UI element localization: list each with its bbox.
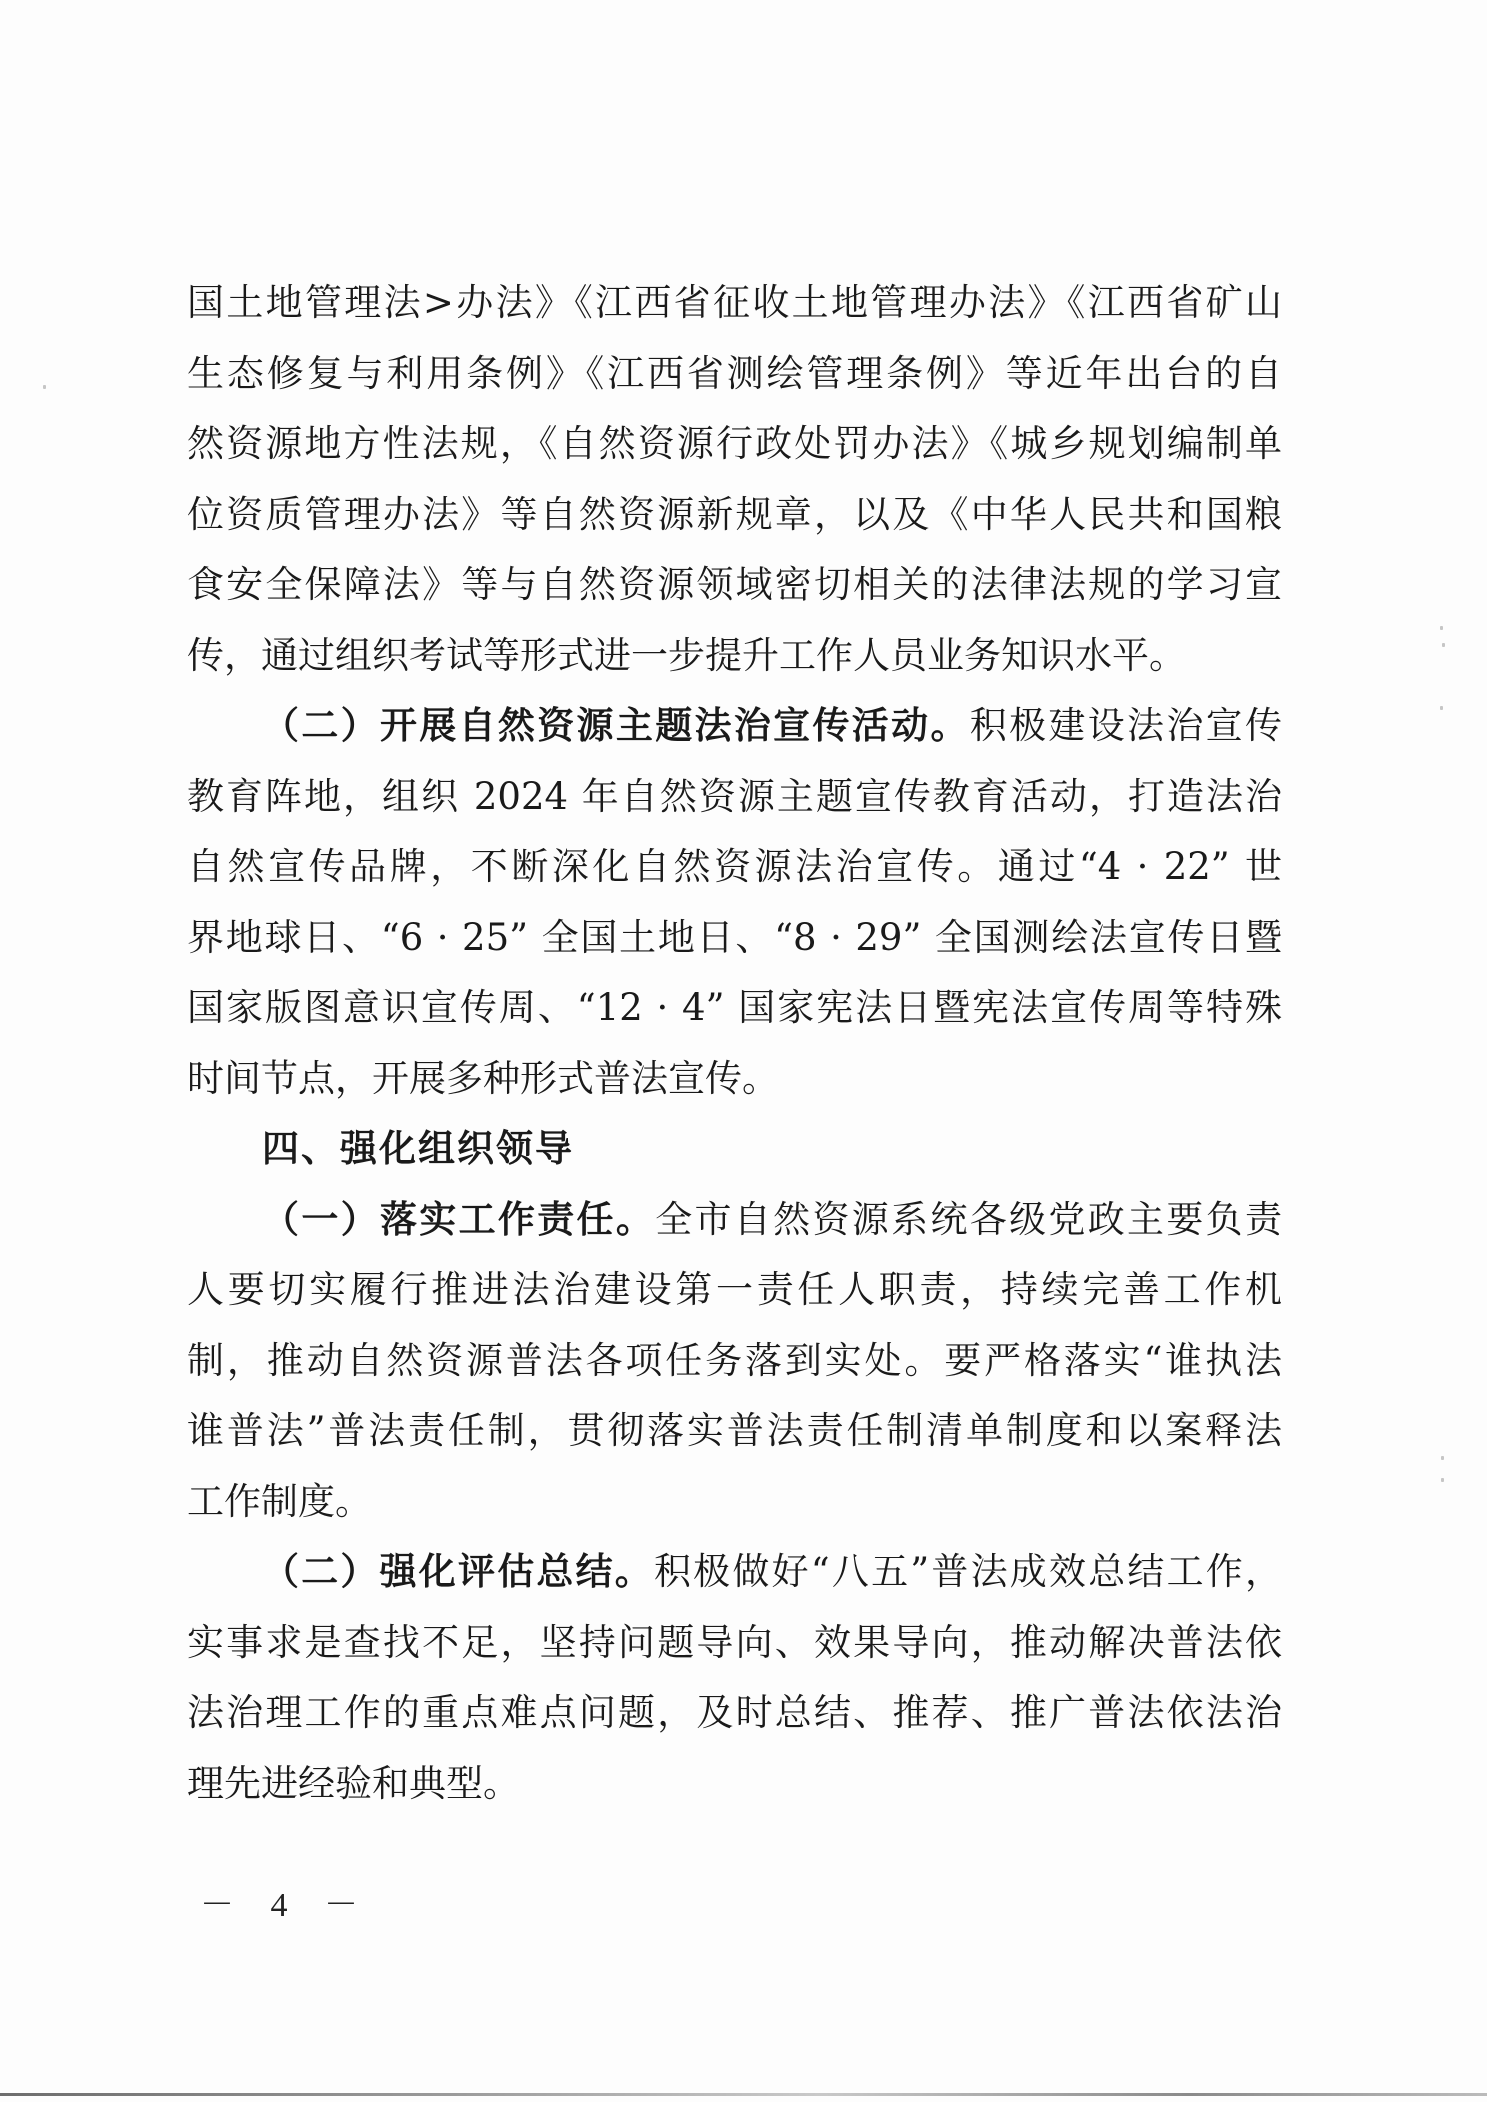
document-page: 国土地管理法>办法》《江西省征收土地管理办法》《江西省矿山 生态修复与利用条例》… (0, 0, 1487, 2102)
scan-speck (1442, 643, 1445, 647)
section-heading: 四、强化组织领导 (262, 1127, 1282, 1171)
scan-speck (1441, 1456, 1444, 1460)
subsection-title: （二）开展自然资源主题法治宣传活动。 (262, 704, 970, 747)
paragraph-text: 全市自然资源系统各级党政主要负责 (655, 1198, 1282, 1241)
scan-speck (1440, 706, 1443, 710)
page-number: － 4 － (200, 1884, 372, 1928)
body-line: 谁普法”普法责任制，贯彻落实普法责任制清单制度和以案释法 (187, 1409, 1282, 1453)
body-line: 实事求是查找不足，坚持问题导向、效果导向，推动解决普法依 (187, 1621, 1282, 1665)
body-line: 位资质管理办法》等自然资源新规章，以及《中华人民共和国粮 (187, 493, 1282, 537)
body-line: 法治理工作的重点难点问题，及时总结、推荐、推广普法依法治 (187, 1691, 1282, 1735)
paragraph-text: 积极建设法治宣传 (970, 704, 1282, 747)
paragraph-lead-line: （一）落实工作责任。全市自然资源系统各级党政主要负责 (262, 1198, 1282, 1242)
body-line: 传，通过组织考试等形式进一步提升工作人员业务知识水平。 (187, 634, 1282, 678)
body-line: 制，推动自然资源普法各项任务落到实处。要严格落实“谁执法 (187, 1339, 1282, 1383)
paragraph-text: 积极做好“八五”普法成效总结工作， (654, 1550, 1282, 1593)
scan-edge-line (0, 2093, 1487, 2096)
body-line: 界地球日、“6 · 25” 全国土地日、“8 · 29” 全国测绘法宣传日暨 (187, 916, 1282, 960)
scan-speck (1440, 626, 1443, 630)
body-line: 然资源地方性法规，《自然资源行政处罚办法》《城乡规划编制单 (187, 422, 1282, 466)
body-line: 人要切实履行推进法治建设第一责任人职责，持续完善工作机 (187, 1268, 1282, 1312)
scan-speck (1441, 1478, 1444, 1482)
body-line: 食安全保障法》等与自然资源领域密切相关的法律法规的学习宣 (187, 563, 1282, 607)
body-line: 理先进经验和典型。 (187, 1762, 1282, 1806)
body-line: 自然宣传品牌，不断深化自然资源法治宣传。通过“4 · 22” 世 (187, 845, 1282, 889)
body-line: 时间节点，开展多种形式普法宣传。 (187, 1057, 1282, 1101)
subsection-title: （一）落实工作责任。 (262, 1198, 655, 1241)
scan-speck (43, 385, 46, 389)
body-line: 国土地管理法>办法》《江西省征收土地管理办法》《江西省矿山 (187, 281, 1282, 325)
body-line: 国家版图意识宣传周、“12 · 4” 国家宪法日暨宪法宣传周等特殊 (187, 986, 1282, 1030)
paragraph-lead-line: （二）开展自然资源主题法治宣传活动。积极建设法治宣传 (262, 704, 1282, 748)
body-line: 工作制度。 (187, 1480, 1282, 1524)
body-line: 生态修复与利用条例》《江西省测绘管理条例》等近年出台的自 (187, 352, 1282, 396)
paragraph-lead-line: （二）强化评估总结。积极做好“八五”普法成效总结工作， (262, 1550, 1282, 1594)
body-line: 教育阵地，组织 2024 年自然资源主题宣传教育活动，打造法治 (187, 775, 1282, 819)
subsection-title: （二）强化评估总结。 (262, 1550, 654, 1593)
